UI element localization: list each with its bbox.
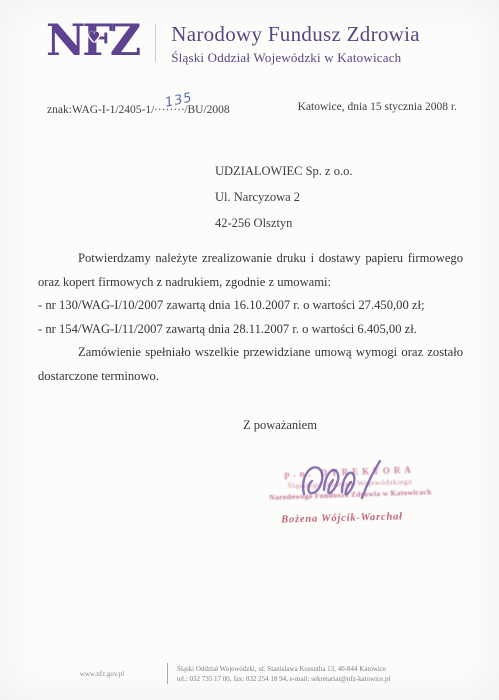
organization-name: Narodowy Fundusz Zdrowia: [171, 22, 420, 47]
closing-salutation: Z poważaniem: [243, 418, 317, 433]
contract-item-1: - nr 130/WAG-I/10/2007 zawartą dnia 16.1…: [38, 294, 463, 318]
heart-icon: ♥: [88, 18, 101, 58]
recipient-name: UDZIALOWIEC Sp. z o.o.: [215, 158, 352, 184]
reference-number: znak:WAG-I-1/2405-1/........../BU/2008 1…: [47, 101, 230, 116]
header-vertical-divider: [155, 24, 156, 62]
letter-body: Potwierdzamy należyte zrealizowanie druk…: [38, 247, 463, 388]
recipient-address-block: UDZIALOWIEC Sp. z o.o. Ul. Narcyzowa 2 4…: [215, 158, 352, 236]
scanned-letter-page: NFZ ♥ Narodowy Fundusz Zdrowia Śląski Od…: [0, 0, 499, 700]
signer-name-stamp: Bożena Wójcik-Warchał: [252, 511, 432, 527]
organization-block: Narodowy Fundusz Zdrowia Śląski Oddział …: [171, 21, 420, 66]
letterhead: NFZ ♥ Narodowy Fundusz Zdrowia Śląski Od…: [46, 21, 420, 66]
handwritten-signature-scrawl: [296, 452, 396, 512]
footer-vertical-divider: [167, 663, 168, 684]
footer: www.nfz.gov.pl Śląski Oddział Wojewódzki…: [46, 663, 390, 684]
recipient-street: Ul. Narcyzowa 2: [215, 184, 352, 210]
organization-branch: Śląski Oddział Wojewódzki w Katowicach: [171, 50, 420, 66]
recipient-city: 42-256 Olsztyn: [215, 210, 352, 236]
reference-prefix: znak:WAG-I-1/2405-1/: [47, 104, 154, 116]
contract-item-2: - nr 154/WAG-I/11/2007 zawartą dnia 28.1…: [38, 318, 463, 342]
reference-row: znak:WAG-I-1/2405-1/........../BU/2008 1…: [47, 101, 457, 116]
footer-website: www.nfz.gov.pl: [46, 670, 158, 678]
nfz-logo: NFZ ♥: [46, 21, 138, 61]
body-paragraph-1: Potwierdzamy należyte zrealizowanie druk…: [38, 247, 463, 294]
reference-suffix: /BU/2008: [184, 104, 229, 116]
footer-address-line1: Śląski Oddział Wojewódzki, ul. Stanisław…: [177, 664, 390, 674]
footer-address-block: Śląski Oddział Wojewódzki, ul. Stanisław…: [177, 664, 390, 684]
body-paragraph-2: Zamówienie spełniało wszelkie przewidzia…: [38, 341, 463, 388]
footer-address-line2: tel.: 032 735 17 00, fax: 032 254 18 94,…: [177, 674, 390, 684]
place-and-date: Katowice, dnia 15 stycznia 2008 r.: [298, 101, 457, 116]
